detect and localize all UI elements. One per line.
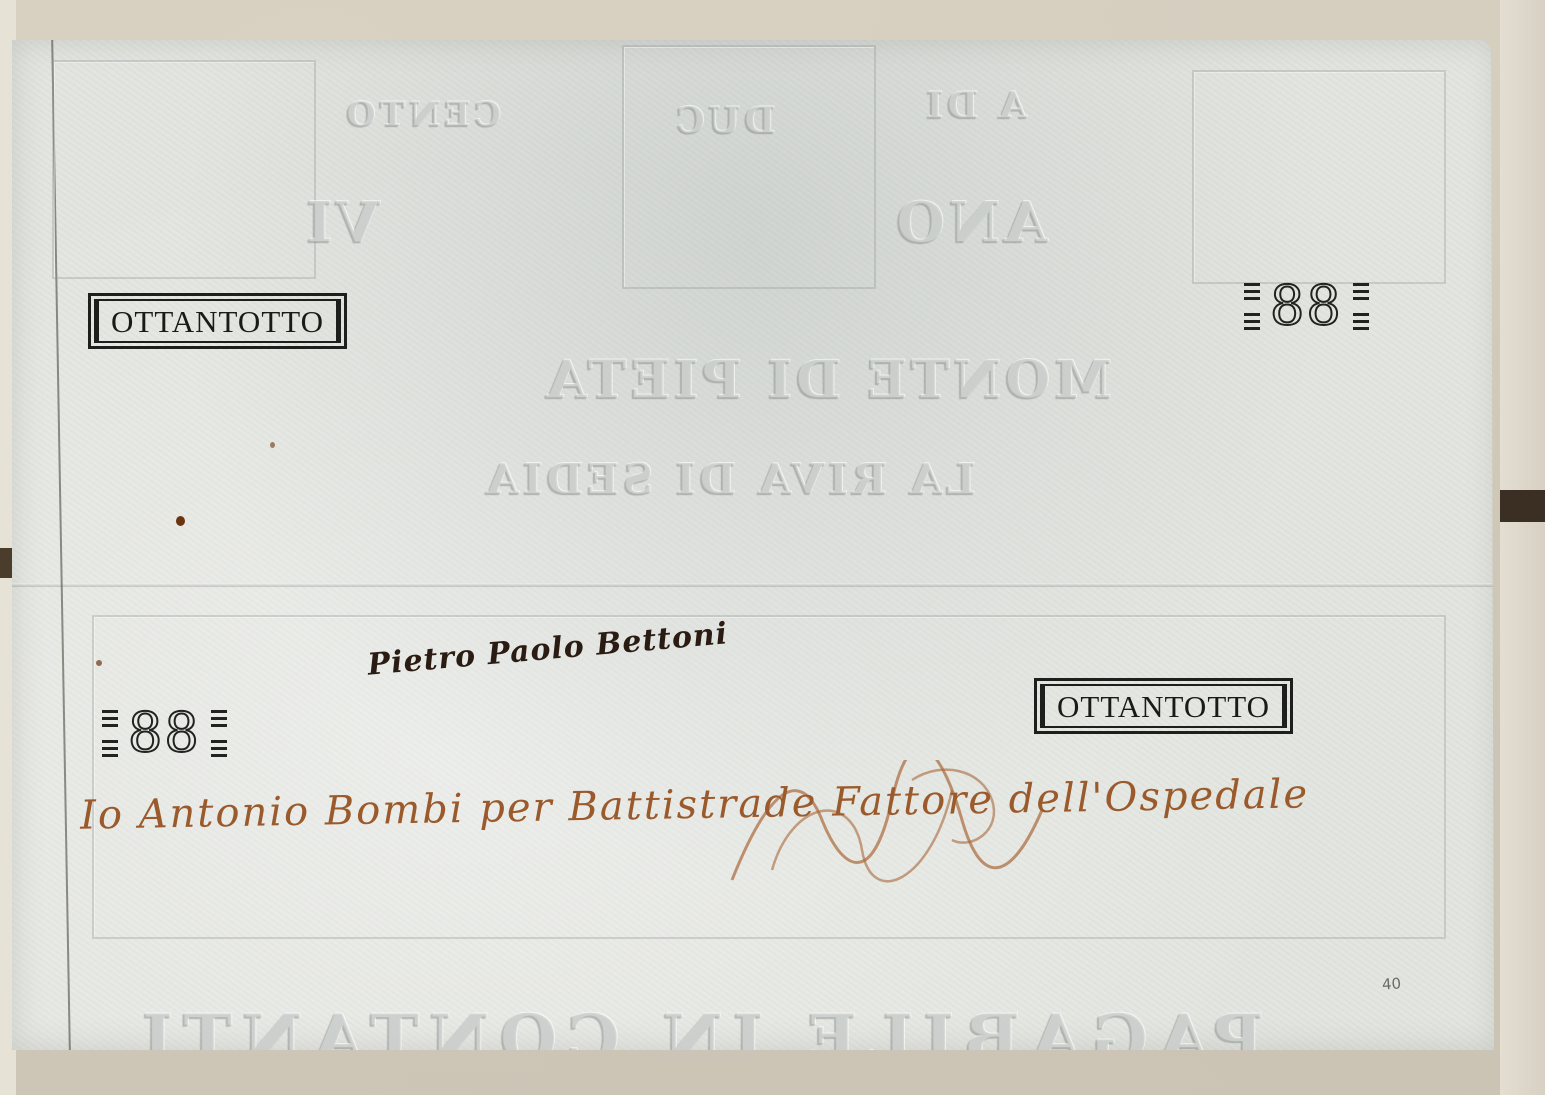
numeral-top-right: 88 xyxy=(1244,278,1369,334)
printed-word-box-top: OTTANTOTTO xyxy=(88,293,347,349)
emboss-text-3: A DI xyxy=(922,85,1027,127)
emboss-text-4: VI xyxy=(302,190,380,256)
printed-word-box-bottom: OTTANTOTTO xyxy=(1034,678,1293,734)
printed-word-bottom: OTTANTOTTO xyxy=(1040,684,1287,728)
underlying-sheet-edge xyxy=(1500,0,1545,1095)
emboss-center-frame xyxy=(622,45,876,289)
emboss-text-5: ANO xyxy=(892,190,1047,256)
ink-stain xyxy=(176,516,185,526)
emboss-text-1: CENTO xyxy=(342,95,501,135)
emboss-text-6: MONTE DI PIETA xyxy=(542,350,1112,411)
pencil-note: 40 xyxy=(1381,974,1401,993)
numeral-text-bottom: 88 xyxy=(128,705,201,761)
ornament-bars-right xyxy=(1353,283,1369,330)
ornament-bars-right xyxy=(211,710,227,757)
ornament-bars-left xyxy=(102,710,118,757)
emboss-text-2: DUC xyxy=(672,100,775,142)
banknote-sheet: CENTO DUC A DI VI ANO MONTE DI PIETA LA … xyxy=(12,40,1497,1050)
emboss-text-7: LA RIVA DI SEDIA xyxy=(482,455,976,504)
numeral-text-top: 88 xyxy=(1270,278,1343,334)
emboss-seal-frame-right xyxy=(1192,70,1446,284)
numeral-bottom-left: 88 xyxy=(102,705,227,761)
ink-stain xyxy=(270,442,275,448)
ink-stain xyxy=(96,660,102,666)
horizontal-fold xyxy=(12,583,1497,587)
sheet-gap-shadow xyxy=(1500,490,1545,522)
ornament-bars-left xyxy=(1244,283,1260,330)
emboss-seal-frame-left xyxy=(52,60,316,279)
printed-word-top: OTTANTOTTO xyxy=(94,299,341,343)
